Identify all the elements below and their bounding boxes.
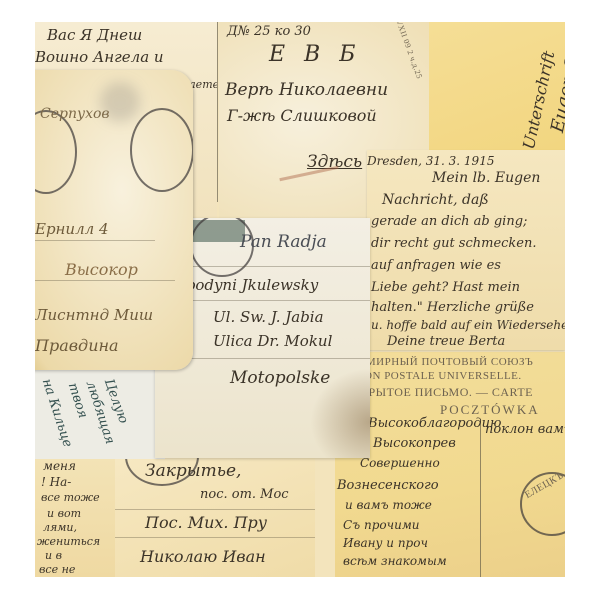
postmark-icon [35,110,77,194]
handwriting: все не [39,563,75,576]
handwriting: Ulica Dr. Mokul [213,332,332,350]
handwriting: dir recht gut schmecken. [371,236,537,251]
handwriting: Пос. Мих. Пру [145,513,267,532]
handwriting: Nachricht, daß [382,192,489,208]
burnt-edge [310,368,370,458]
postmark-text: 25/XII 09 2 ч.д.25 [392,22,424,80]
handwriting: Лиснтнд Миш [35,306,153,324]
handwriting: Е В Б [269,42,361,67]
handwriting: Dresden, 31. 3. 1915 [367,154,494,168]
card-bottom-left: меня ! На- все тоже и вот лями, жениться… [35,457,115,577]
handwriting: Вас Я Днеш [47,26,142,44]
handwriting: Mein lb. Eugen [432,170,540,186]
handwriting: Съ прочими [343,518,420,532]
card-german-letter: Dresden, 31. 3. 1915 Mein lb. Eugen Nach… [367,150,565,350]
handwriting: жениться [37,535,100,548]
handwriting: Д№ 25 ко 30 [227,24,311,39]
handwriting: Серпухов [40,106,110,122]
handwriting: Совершенно [360,456,440,470]
handwriting: u. hoffe bald auf ein Wiedersehen [371,318,565,332]
card-top-right: Unterschrift Eugen Sp [429,22,565,150]
handwriting: Закрытье, [145,461,241,481]
handwriting: Г-жѣ Слишковой [227,106,377,125]
handwriting: всѣм знакомым [343,554,447,568]
card-header: ВСЕМИРНЫЙ ПОЧТОВЫЙ СОЮЗЪ [343,356,533,368]
handwriting: Правдина [35,336,119,355]
handwriting: auf anfragen wie es [371,258,501,273]
postcard-collage: меня ! На- все тоже и вот лями, жениться… [35,22,565,577]
handwriting: Deine treue Berta [387,334,505,349]
handwriting: Верѣ Николаевни [225,80,388,100]
handwriting: Liebe geht? Hast mein [371,280,520,295]
handwriting: Ернилл 4 [35,220,109,238]
handwriting: поклон вамъ [485,422,565,437]
handwriting: halten." Herzliche grüße [371,300,534,315]
handwriting: Ивану и проч [343,536,428,550]
handwriting: Ul. Sw. J. Jabia [213,308,324,326]
card-bottom-center: Закрытье, пос. от. Мос Пос. Мих. Пру Ник… [115,457,315,577]
card-old-envelope: Серпухов Ернилл 4 Высокор Лиснтнд Миш Пр… [35,70,193,370]
handwriting: Pan Radja [240,232,327,252]
handwriting: gerade an dich ab ging; [371,214,527,229]
handwriting: Вознесенского [337,478,439,493]
handwriting: и вамъ тоже [345,498,432,512]
handwriting: лями, [43,521,77,534]
card-blue-ink: Целую любящая твоя на Кильце [35,367,165,459]
handwriting: все тоже [41,491,100,504]
postmark-icon [130,108,193,192]
handwriting: Высокор [65,260,138,279]
handwriting: меня [43,459,76,473]
handwriting: и в [45,549,62,562]
card-header: ОТКРЫТОЕ ПИСЬМО. — CARTE [343,385,533,400]
handwriting: ! На- [41,475,71,489]
handwriting: и вот [47,507,81,520]
handwriting: пос. от. Мос [200,487,289,502]
handwriting: Николаю Иван [140,547,266,566]
handwriting: Вошно Ангела и [35,48,164,66]
